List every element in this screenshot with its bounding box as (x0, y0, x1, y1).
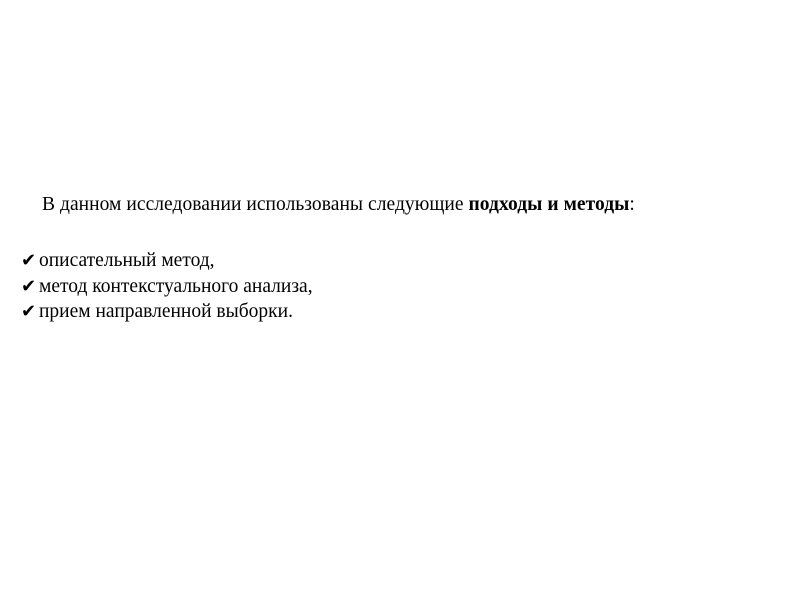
slide: В данном исследовании использованы следу… (0, 0, 800, 600)
list-item: ✔ прием направленной выборки. (21, 299, 313, 325)
checkmark-icon: ✔ (21, 274, 39, 300)
list-item-label: прием направленной выборки. (39, 299, 293, 325)
intro-emphasis: подходы и методы (469, 194, 630, 215)
list-item-label: описательный метод, (39, 248, 215, 274)
list-item-label: метод контекстуального анализа, (39, 274, 313, 300)
intro-colon: : (629, 194, 634, 215)
methods-list: ✔ описательный метод, ✔ метод контекстуа… (21, 248, 313, 325)
intro-paragraph: В данном исследовании использованы следу… (42, 192, 635, 218)
intro-text: В данном исследовании использованы следу… (42, 194, 469, 215)
list-item: ✔ описательный метод, (21, 248, 313, 274)
checkmark-icon: ✔ (21, 299, 39, 325)
checkmark-icon: ✔ (21, 248, 39, 274)
list-item: ✔ метод контекстуального анализа, (21, 274, 313, 300)
